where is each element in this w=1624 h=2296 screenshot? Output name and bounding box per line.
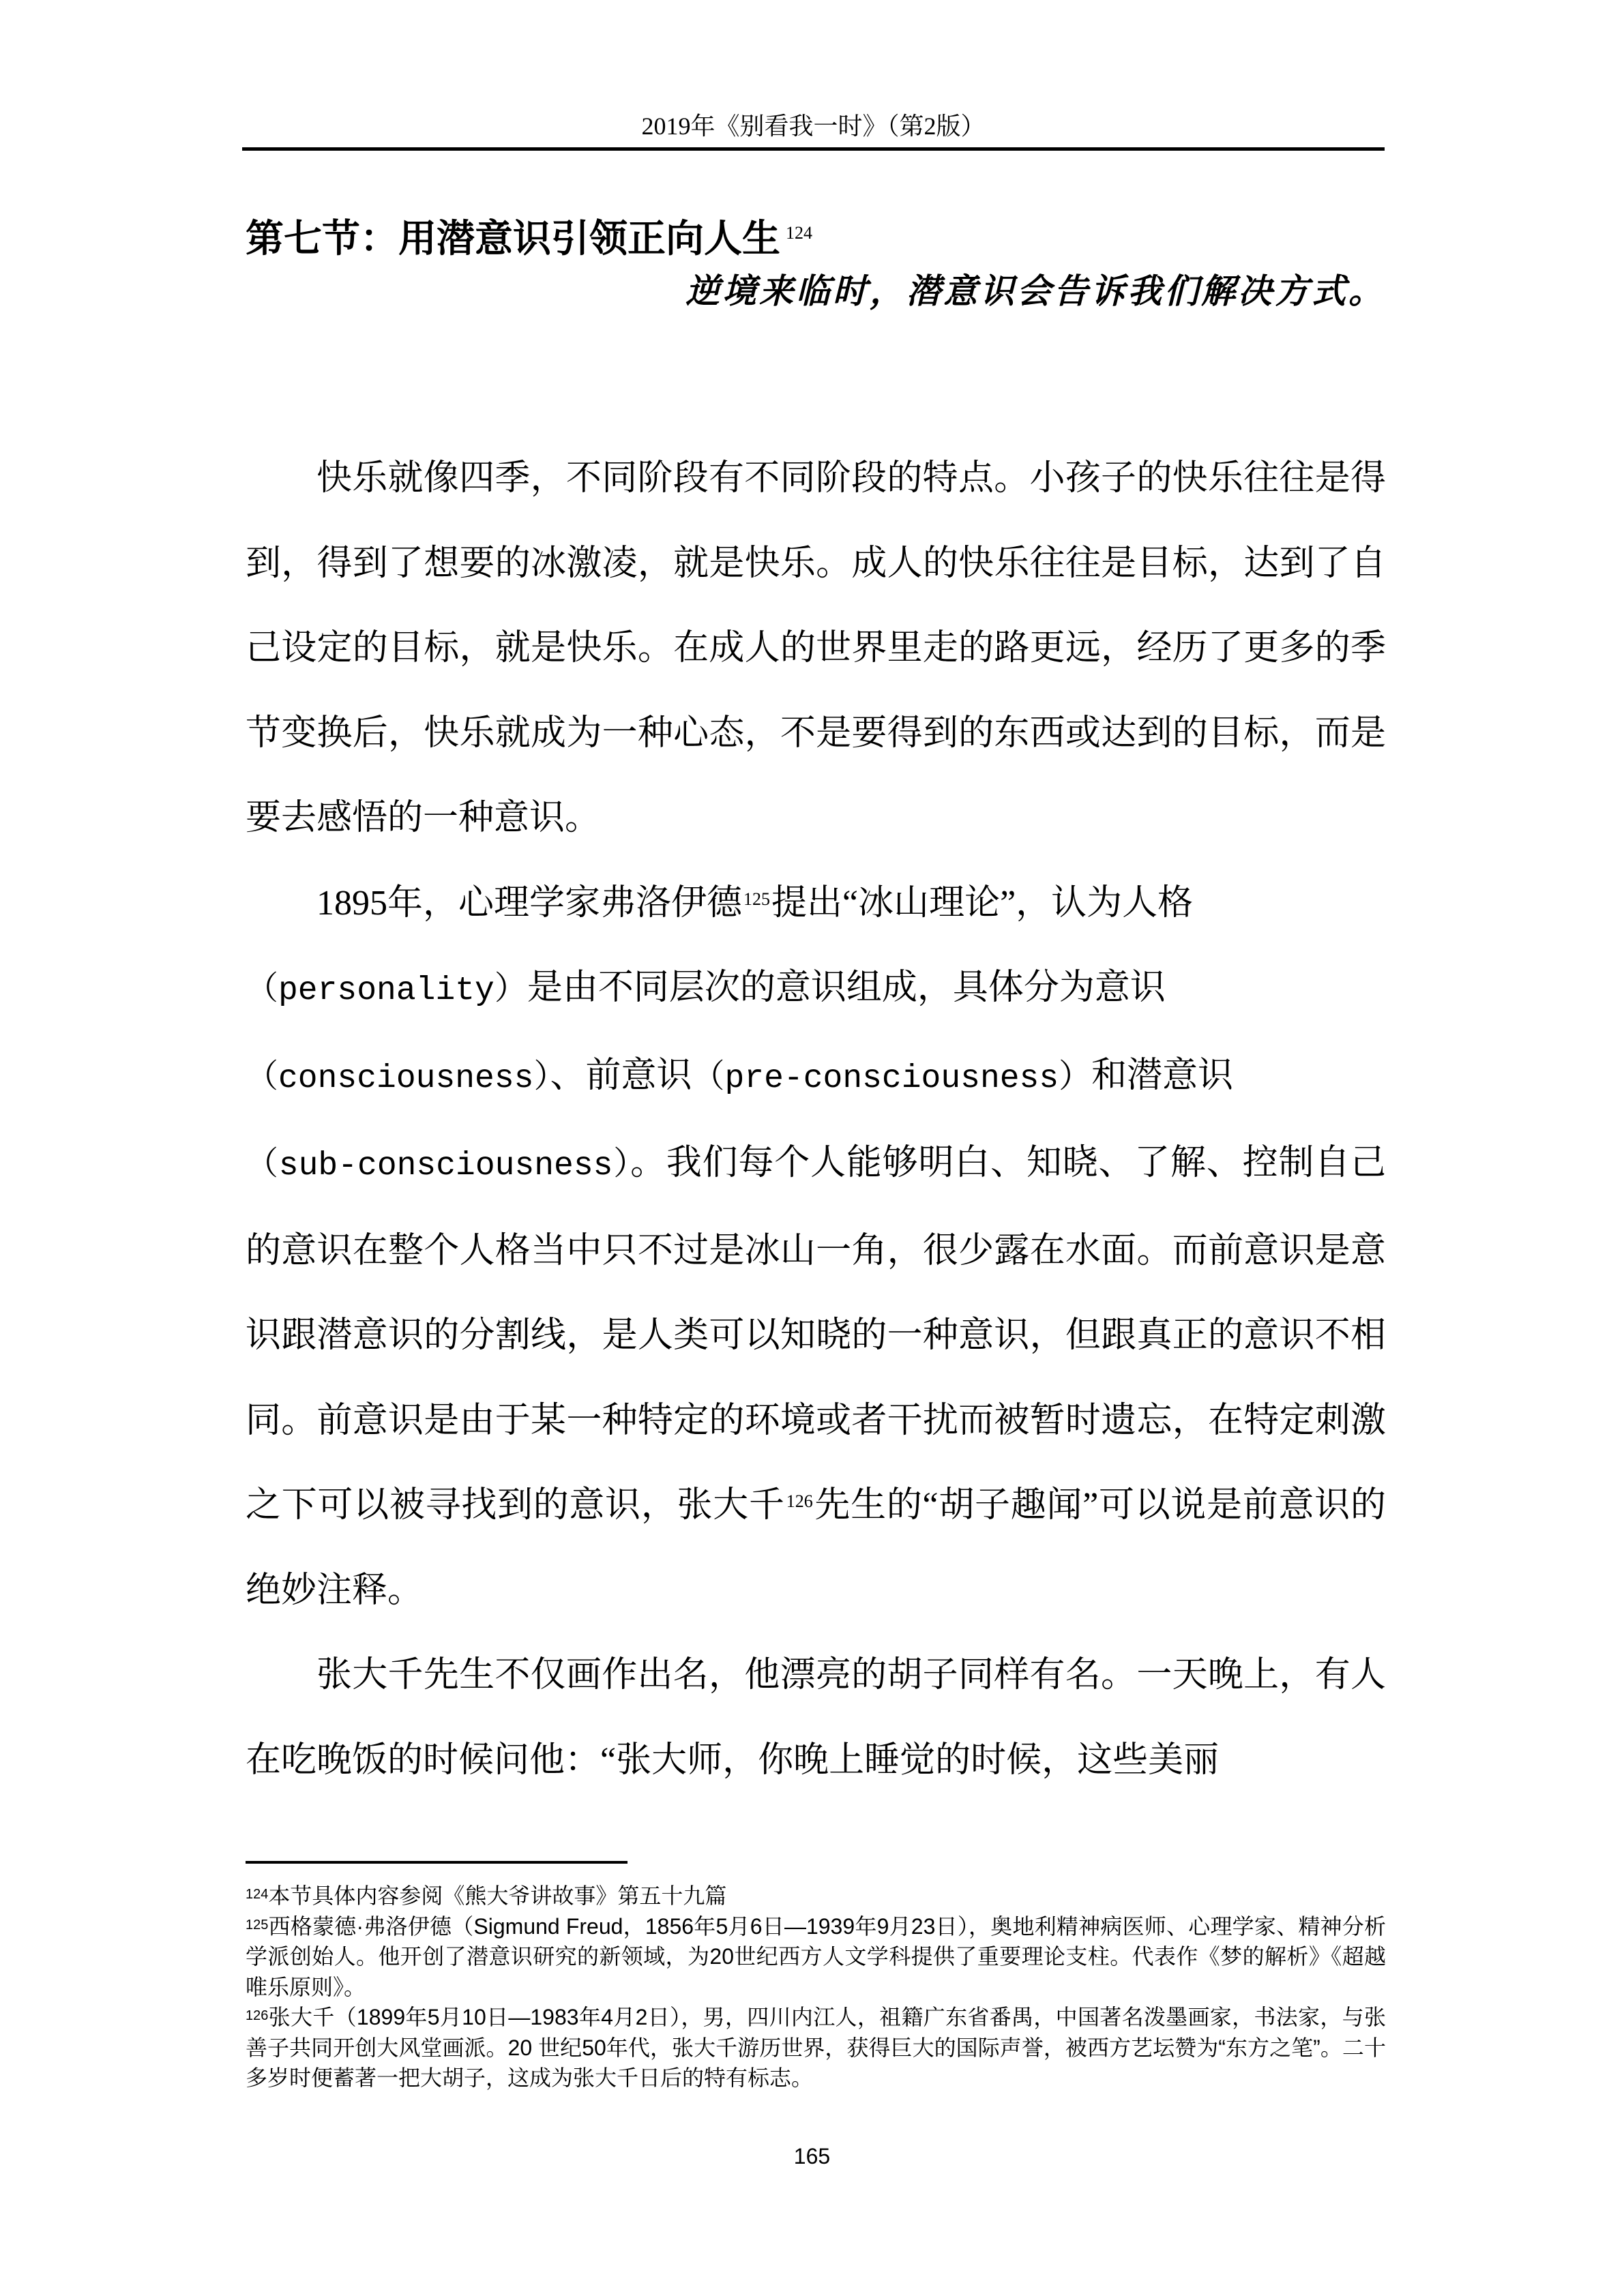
footnote-ref-125[interactable]: 125 [743, 889, 770, 909]
footnote-separator [246, 1861, 628, 1864]
term-personality: （personality） [246, 972, 527, 1009]
paragraph-2-text: 、前意识 [550, 1056, 692, 1095]
section-title-text: 第七节：用潜意识引领正向人生 [246, 217, 780, 260]
paragraph-2-text: 是由不同层次的意识组成，具体分为意识 [527, 968, 1166, 1007]
footnote-number: 124 [246, 1887, 268, 1902]
paragraph-2-text: 1895年，心理学家弗洛伊德 [316, 884, 742, 923]
footnote-ref-126[interactable]: 126 [786, 1491, 813, 1511]
paragraph-2: 1895年，心理学家弗洛伊德125提出“冰山理论”，认为人格（personali… [246, 861, 1386, 1634]
term-consciousness: （consciousness） [246, 1060, 550, 1097]
page-number: 165 [0, 2141, 1624, 2171]
footnote-text: 张大千（1899年5月10日—1983年4月2日），男，四川内江人，祖籍广东省番… [246, 2005, 1386, 2090]
footnote-ref-124[interactable]: 124 [786, 223, 812, 243]
body-text: 快乐就像四季，不同阶段有不同阶段的特点。小孩子的快乐往往是得到，得到了想要的冰激… [246, 436, 1386, 1803]
footnote-text: 西格蒙德·弗洛伊德（Sigmund Freud，1856年5月6日—1939年9… [246, 1914, 1386, 1999]
footnote-124: 124本节具体内容参阅《熊大爷讲故事》第五十九篇 [246, 1881, 1386, 1911]
section-title: 第七节：用潜意识引领正向人生124 [246, 213, 812, 265]
paragraph-2-text: 。我们每个人能够明白、知晓、了解、控制自己的意识在整个人格当中只不过是冰山一角，… [246, 1144, 1386, 1525]
paragraph-1: 快乐就像四季，不同阶段有不同阶段的特点。小孩子的快乐往往是得到，得到了想要的冰激… [246, 436, 1386, 861]
footnote-126: 126张大千（1899年5月10日—1983年4月2日），男，四川内江人，祖籍广… [246, 2002, 1386, 2093]
paragraph-3: 张大千先生不仅画作出名，他漂亮的胡子同样有名。一天晚上，有人在吃晚饭的时候问他：… [246, 1633, 1386, 1803]
header-rule [242, 147, 1385, 151]
footnote-number: 125 [246, 1918, 268, 1933]
running-header: 2019年《别看我一时》（第2版） [242, 109, 1385, 143]
term-sub-consciousness: （sub-consciousness） [246, 1148, 630, 1184]
section-epigraph: 逆境来临时，潜意识会告诉我们解决方式。 [685, 267, 1385, 315]
footnotes: 124本节具体内容参阅《熊大爷讲故事》第五十九篇 125西格蒙德·弗洛伊德（Si… [246, 1881, 1386, 2093]
paragraph-2-text: 提出“冰山理论”，认为人格 [771, 884, 1193, 923]
footnote-number: 126 [246, 2008, 268, 2023]
footnote-text: 本节具体内容参阅《熊大爷讲故事》第五十九篇 [268, 1883, 726, 1908]
term-pre-consciousness: （pre-consciousness） [692, 1060, 1091, 1097]
footnote-125: 125西格蒙德·弗洛伊德（Sigmund Freud，1856年5月6日—193… [246, 1911, 1386, 2003]
paragraph-2-text: 和潜意识 [1091, 1056, 1233, 1095]
